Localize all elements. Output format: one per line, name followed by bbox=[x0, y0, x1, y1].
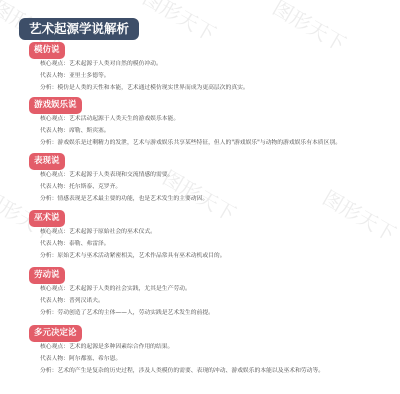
watermark: 图形天下 bbox=[318, 182, 400, 247]
page-title: 艺术起源学说解析 bbox=[19, 18, 139, 40]
analysis: 分析：情感表现是艺术最主要的功能，也是艺术发生的主要动因。 bbox=[40, 195, 208, 203]
theory-badge: 模仿说 bbox=[29, 42, 65, 59]
core-view: 核心观点：艺术起源于人类对自然的模仿冲动。 bbox=[40, 60, 162, 68]
representatives: 代表人物：托尔斯泰、克罗齐。 bbox=[40, 183, 121, 191]
core-view: 核心观点：艺术活动起源于人类天生的游戏娱乐本能。 bbox=[40, 115, 179, 123]
representatives: 代表人物：阿尔都塞、希尔恩。 bbox=[40, 355, 121, 363]
theory-badge: 游戏娱乐说 bbox=[29, 97, 82, 114]
analysis: 分析：劳动创造了艺术的主体——人，劳动实践是艺术发生的前提。 bbox=[40, 309, 214, 317]
core-view: 核心观点：艺术起源于原始社会的巫术仪式。 bbox=[40, 228, 156, 236]
core-view: 核心观点：艺术的起源是多种因素综合作用的结果。 bbox=[40, 343, 173, 351]
watermark: 图形天下 bbox=[138, 0, 222, 47]
representatives: 代表人物：亚里士多德等。 bbox=[40, 72, 110, 80]
analysis: 分析：模仿是人类的天性和本能，艺术通过模仿现实世界而成为更高层次的真实。 bbox=[40, 84, 249, 92]
theory-badge: 巫术说 bbox=[29, 210, 65, 227]
theory-badge: 表现说 bbox=[29, 153, 65, 170]
analysis: 分析：艺术的产生是复杂的历史过程，涉及人类模仿的需要、表现的冲动、游戏娱乐的本能… bbox=[40, 367, 324, 375]
core-view: 核心观点：艺术起源于人类表现和交流情感的需要。 bbox=[40, 171, 173, 179]
theory-badge: 多元决定论 bbox=[29, 325, 82, 342]
representatives: 代表人物：泰勒、弗雷泽。 bbox=[40, 240, 110, 248]
theory-badge: 劳动说 bbox=[29, 267, 65, 284]
analysis: 分析：游戏娱乐是过剩精力的发泄，艺术与游戏娱乐共享某些特征，但人的"游戏娱乐"与… bbox=[40, 139, 341, 147]
analysis: 分析：原始艺术与巫术活动紧密相关，艺术作品常具有巫术动机或目的。 bbox=[40, 252, 226, 260]
watermark: 图形天下 bbox=[268, 0, 352, 57]
core-view: 核心观点：艺术起源于人类的社会实践，尤其是生产劳动。 bbox=[40, 285, 191, 293]
representatives: 代表人物：普列汉诺夫。 bbox=[40, 297, 104, 305]
representatives: 代表人物：席勒、斯宾塞。 bbox=[40, 127, 110, 135]
